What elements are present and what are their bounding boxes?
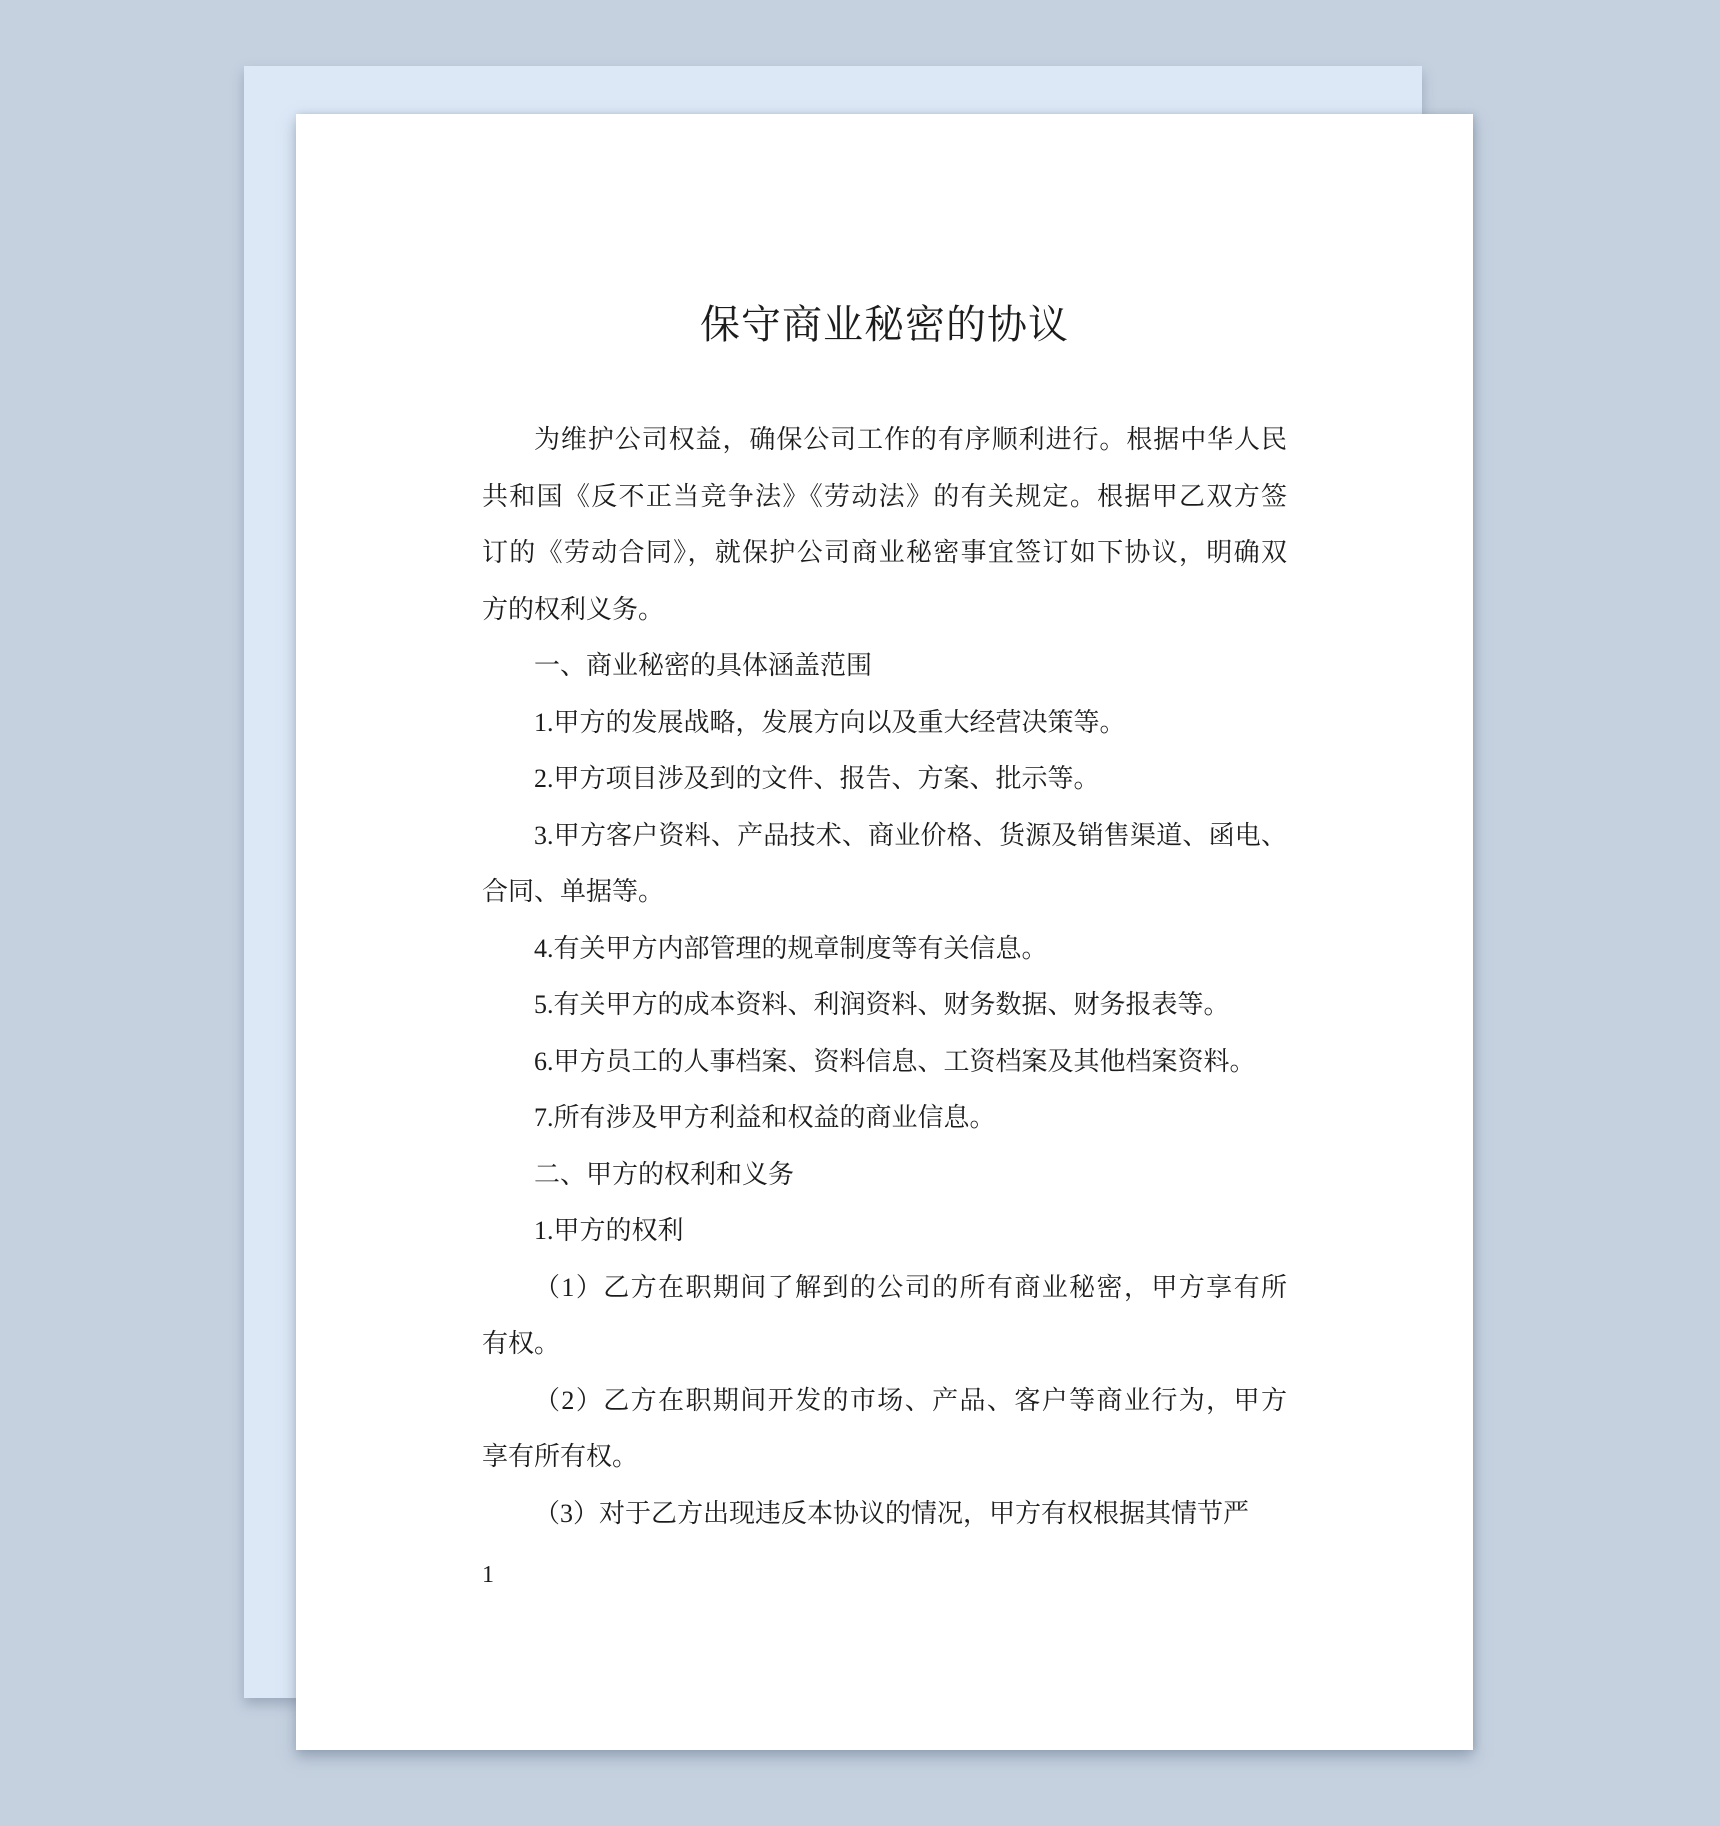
- document-body: 为维护公司权益，确保公司工作的有序顺利进行。根据中华人民共和国《反不正当竞争法》…: [482, 412, 1287, 1542]
- text-line: （1）乙方在职期间了解到的公司的所有商业秘密，甲方享有所: [482, 1260, 1287, 1317]
- text-line: 4.有关甲方内部管理的规章制度等有关信息。: [482, 921, 1287, 978]
- text-line: 3.甲方客户资料、产品技术、商业价格、货源及销售渠道、函电、: [482, 808, 1287, 865]
- text-line: 一、商业秘密的具体涵盖范围: [482, 638, 1287, 695]
- text-line: 享有所有权。: [482, 1429, 1287, 1486]
- text-line: 有权。: [482, 1316, 1287, 1373]
- workspace-background: { "document": { "title": "保守商业秘密的协议", "p…: [0, 0, 1720, 1826]
- text-line: 7.所有涉及甲方利益和权益的商业信息。: [482, 1090, 1287, 1147]
- text-line: 5.有关甲方的成本资料、利润资料、财务数据、财务报表等。: [482, 977, 1287, 1034]
- text-line: 合同、单据等。: [482, 864, 1287, 921]
- text-line: 6.甲方员工的人事档案、资料信息、工资档案及其他档案资料。: [482, 1034, 1287, 1091]
- text-line: （2）乙方在职期间开发的市场、产品、客户等商业行为，甲方: [482, 1373, 1287, 1430]
- text-line: 2.甲方项目涉及到的文件、报告、方案、批示等。: [482, 751, 1287, 808]
- document-title: 保守商业秘密的协议: [482, 299, 1287, 351]
- text-line: 为维护公司权益，确保公司工作的有序顺利进行。根据中华人民: [482, 412, 1287, 469]
- text-line: （3）对于乙方出现违反本协议的情况，甲方有权根据其情节严: [482, 1486, 1287, 1543]
- text-line: 方的权利义务。: [482, 582, 1287, 639]
- text-line: 共和国《反不正当竞争法》《劳动法》的有关规定。根据甲乙双方签: [482, 469, 1287, 526]
- text-line: 1.甲方的发展战略，发展方向以及重大经营决策等。: [482, 695, 1287, 752]
- document-page: 保守商业秘密的协议 为维护公司权益，确保公司工作的有序顺利进行。根据中华人民共和…: [296, 114, 1473, 1750]
- text-line: 订的《劳动合同》，就保护公司商业秘密事宜签订如下协议，明确双: [482, 525, 1287, 582]
- text-line: 二、甲方的权利和义务: [482, 1147, 1287, 1204]
- page-number: 1: [482, 1560, 494, 1590]
- text-line: 1.甲方的权利: [482, 1203, 1287, 1260]
